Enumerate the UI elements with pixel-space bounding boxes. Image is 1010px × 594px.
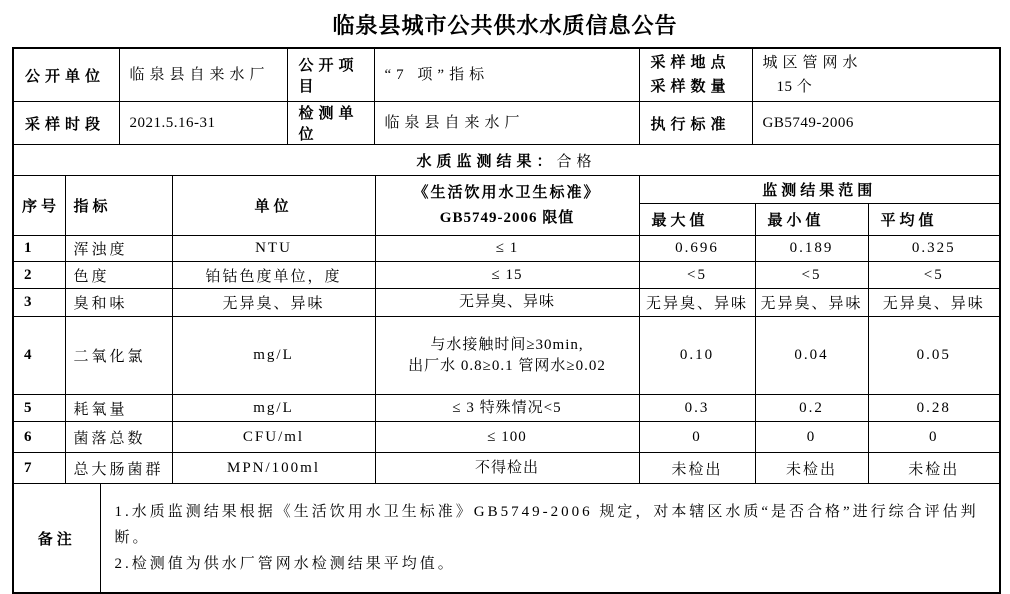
open-unit-value: 临泉县自来水厂 xyxy=(119,49,287,102)
cell-indicator: 浑浊度 xyxy=(65,236,172,262)
cell-no: 1 xyxy=(14,236,65,262)
header-limit-line2: GB5749-2006 限值 xyxy=(376,206,639,231)
standard-label: 执行标准 xyxy=(639,102,752,145)
cell-unit: NTU xyxy=(172,236,375,262)
cell-min: 0.04 xyxy=(755,317,868,395)
notes-body: 1.水质监测结果根据《生活饮用水卫生标准》GB5749-2006 规定，对本辖区… xyxy=(100,484,999,578)
sampling-count-value: 15 个 xyxy=(763,75,1000,99)
cell-avg: 0.325 xyxy=(868,236,999,262)
table-row: 2 色度 铂钴色度单位，度 ≤ 15 <5 <5 <5 xyxy=(14,262,999,289)
cell-indicator: 总大肠菌群 xyxy=(65,453,172,484)
cell-limit: ≤ 100 xyxy=(375,422,639,453)
page-title: 临泉县城市公共供水水质信息公告 xyxy=(0,9,1010,47)
cell-avg: 0.28 xyxy=(868,395,999,422)
test-unit-value: 临泉县自来水厂 xyxy=(374,102,639,145)
cell-min: <5 xyxy=(755,262,868,289)
cell-avg: 无异臭、异味 xyxy=(868,289,999,317)
cell-max: 0.696 xyxy=(639,236,755,262)
header-row-1: 序号 指标 单位 《生活饮用水卫生标准》 GB5749-2006 限值 监测结果… xyxy=(14,176,999,204)
open-item-label: 公开项目 xyxy=(287,49,374,102)
cell-unit: MPN/100ml xyxy=(172,453,375,484)
info-row-1: 公开单位 临泉县自来水厂 公开项目 “7 项”指标 采样地点 采样数量 城区管网… xyxy=(14,49,999,102)
cell-no: 7 xyxy=(14,453,65,484)
sampling-location-label: 采样地点 xyxy=(651,51,752,75)
result-banner: 水质监测结果：合格 xyxy=(14,145,999,176)
cell-avg: <5 xyxy=(868,262,999,289)
header-indicator: 指标 xyxy=(65,176,172,236)
result-banner-value: 合格 xyxy=(557,154,597,170)
header-limit: 《生活饮用水卫生标准》 GB5749-2006 限值 xyxy=(375,176,639,236)
sampling-location-value: 城区管网水 xyxy=(763,51,1000,75)
open-item-value: “7 项”指标 xyxy=(374,49,639,102)
header-avg: 平均值 xyxy=(868,204,999,236)
notes-label: 备注 xyxy=(14,484,100,578)
cell-min: 0 xyxy=(755,422,868,453)
cell-unit: 铂钴色度单位，度 xyxy=(172,262,375,289)
cell-max: <5 xyxy=(639,262,755,289)
cell-min: 无异臭、异味 xyxy=(755,289,868,317)
standard-value: GB5749-2006 xyxy=(752,102,999,145)
cell-avg: 0 xyxy=(868,422,999,453)
table-row: 4 二氧化氯 mg/L 与水接触时间≥30min, 出厂水 0.8≥0.1 管网… xyxy=(14,317,999,395)
cell-limit: 与水接触时间≥30min, 出厂水 0.8≥0.1 管网水≥0.02 xyxy=(375,317,639,395)
cell-min: 0.189 xyxy=(755,236,868,262)
cell-limit: 无异臭、异味 xyxy=(375,289,639,317)
cell-min: 0.2 xyxy=(755,395,868,422)
note-2: 2.检测值为供水厂管网水检测结果平均值。 xyxy=(115,551,986,577)
cell-avg: 0.05 xyxy=(868,317,999,395)
cell-indicator: 臭和味 xyxy=(65,289,172,317)
cell-max: 无异臭、异味 xyxy=(639,289,755,317)
notes-row: 备注 1.水质监测结果根据《生活饮用水卫生标准》GB5749-2006 规定，对… xyxy=(14,484,999,578)
table-row: 5 耗氧量 mg/L ≤ 3 特殊情况<5 0.3 0.2 0.28 xyxy=(14,395,999,422)
result-banner-label: 水质监测结果： xyxy=(416,154,556,170)
notes-table: 备注 1.水质监测结果根据《生活饮用水卫生标准》GB5749-2006 规定，对… xyxy=(14,484,999,578)
sampling-count-label: 采样数量 xyxy=(651,75,752,99)
sampling-period-value: 2021.5.16-31 xyxy=(119,102,287,145)
cell-no: 4 xyxy=(14,317,65,395)
cell-no: 6 xyxy=(14,422,65,453)
open-unit-label: 公开单位 xyxy=(14,49,119,102)
header-limit-line1: 《生活饮用水卫生标准》 xyxy=(376,181,639,206)
info-row-2: 采样时段 2021.5.16-31 检测单位 临泉县自来水厂 执行标准 GB57… xyxy=(14,102,999,145)
header-unit: 单位 xyxy=(172,176,375,236)
cell-max: 0 xyxy=(639,422,755,453)
cell-unit: mg/L xyxy=(172,395,375,422)
test-unit-label: 检测单位 xyxy=(287,102,374,145)
cell-avg: 未检出 xyxy=(868,453,999,484)
cell-limit: ≤ 15 xyxy=(375,262,639,289)
cell-unit: 无异臭、异味 xyxy=(172,289,375,317)
cell-indicator: 色度 xyxy=(65,262,172,289)
cell-unit: CFU/ml xyxy=(172,422,375,453)
cell-no: 3 xyxy=(14,289,65,317)
sampling-values: 城区管网水 15 个 xyxy=(752,49,999,102)
cell-max: 0.3 xyxy=(639,395,755,422)
cell-indicator: 二氧化氯 xyxy=(65,317,172,395)
cell-limit: ≤ 3 特殊情况<5 xyxy=(375,395,639,422)
note-1: 1.水质监测结果根据《生活饮用水卫生标准》GB5749-2006 规定，对本辖区… xyxy=(115,499,986,551)
header-range-group: 监测结果范围 xyxy=(639,176,999,204)
cell-indicator: 耗氧量 xyxy=(65,395,172,422)
cell-max: 未检出 xyxy=(639,453,755,484)
sampling-period-label: 采样时段 xyxy=(14,102,119,145)
result-banner-table: 水质监测结果：合格 xyxy=(14,145,999,176)
main-table: 序号 指标 单位 《生活饮用水卫生标准》 GB5749-2006 限值 监测结果… xyxy=(14,176,999,484)
cell-limit: 不得检出 xyxy=(375,453,639,484)
cell-limit: ≤ 1 xyxy=(375,236,639,262)
cell-min: 未检出 xyxy=(755,453,868,484)
cell-no: 5 xyxy=(14,395,65,422)
announcement-table: 公开单位 临泉县自来水厂 公开项目 “7 项”指标 采样地点 采样数量 城区管网… xyxy=(12,47,1001,578)
info-table: 公开单位 临泉县自来水厂 公开项目 “7 项”指标 采样地点 采样数量 城区管网… xyxy=(14,49,999,145)
sampling-labels: 采样地点 采样数量 xyxy=(639,49,752,102)
table-row: 6 菌落总数 CFU/ml ≤ 100 0 0 0 xyxy=(14,422,999,453)
table-row: 1 浑浊度 NTU ≤ 1 0.696 0.189 0.325 xyxy=(14,236,999,262)
cell-indicator: 菌落总数 xyxy=(65,422,172,453)
cell-unit: mg/L xyxy=(172,317,375,395)
cell-no: 2 xyxy=(14,262,65,289)
header-max: 最大值 xyxy=(639,204,755,236)
table-row: 3 臭和味 无异臭、异味 无异臭、异味 无异臭、异味 无异臭、异味 无异臭、异味 xyxy=(14,289,999,317)
header-no: 序号 xyxy=(14,176,65,236)
cell-max: 0.10 xyxy=(639,317,755,395)
table-row: 7 总大肠菌群 MPN/100ml 不得检出 未检出 未检出 未检出 xyxy=(14,453,999,484)
header-min: 最小值 xyxy=(755,204,868,236)
